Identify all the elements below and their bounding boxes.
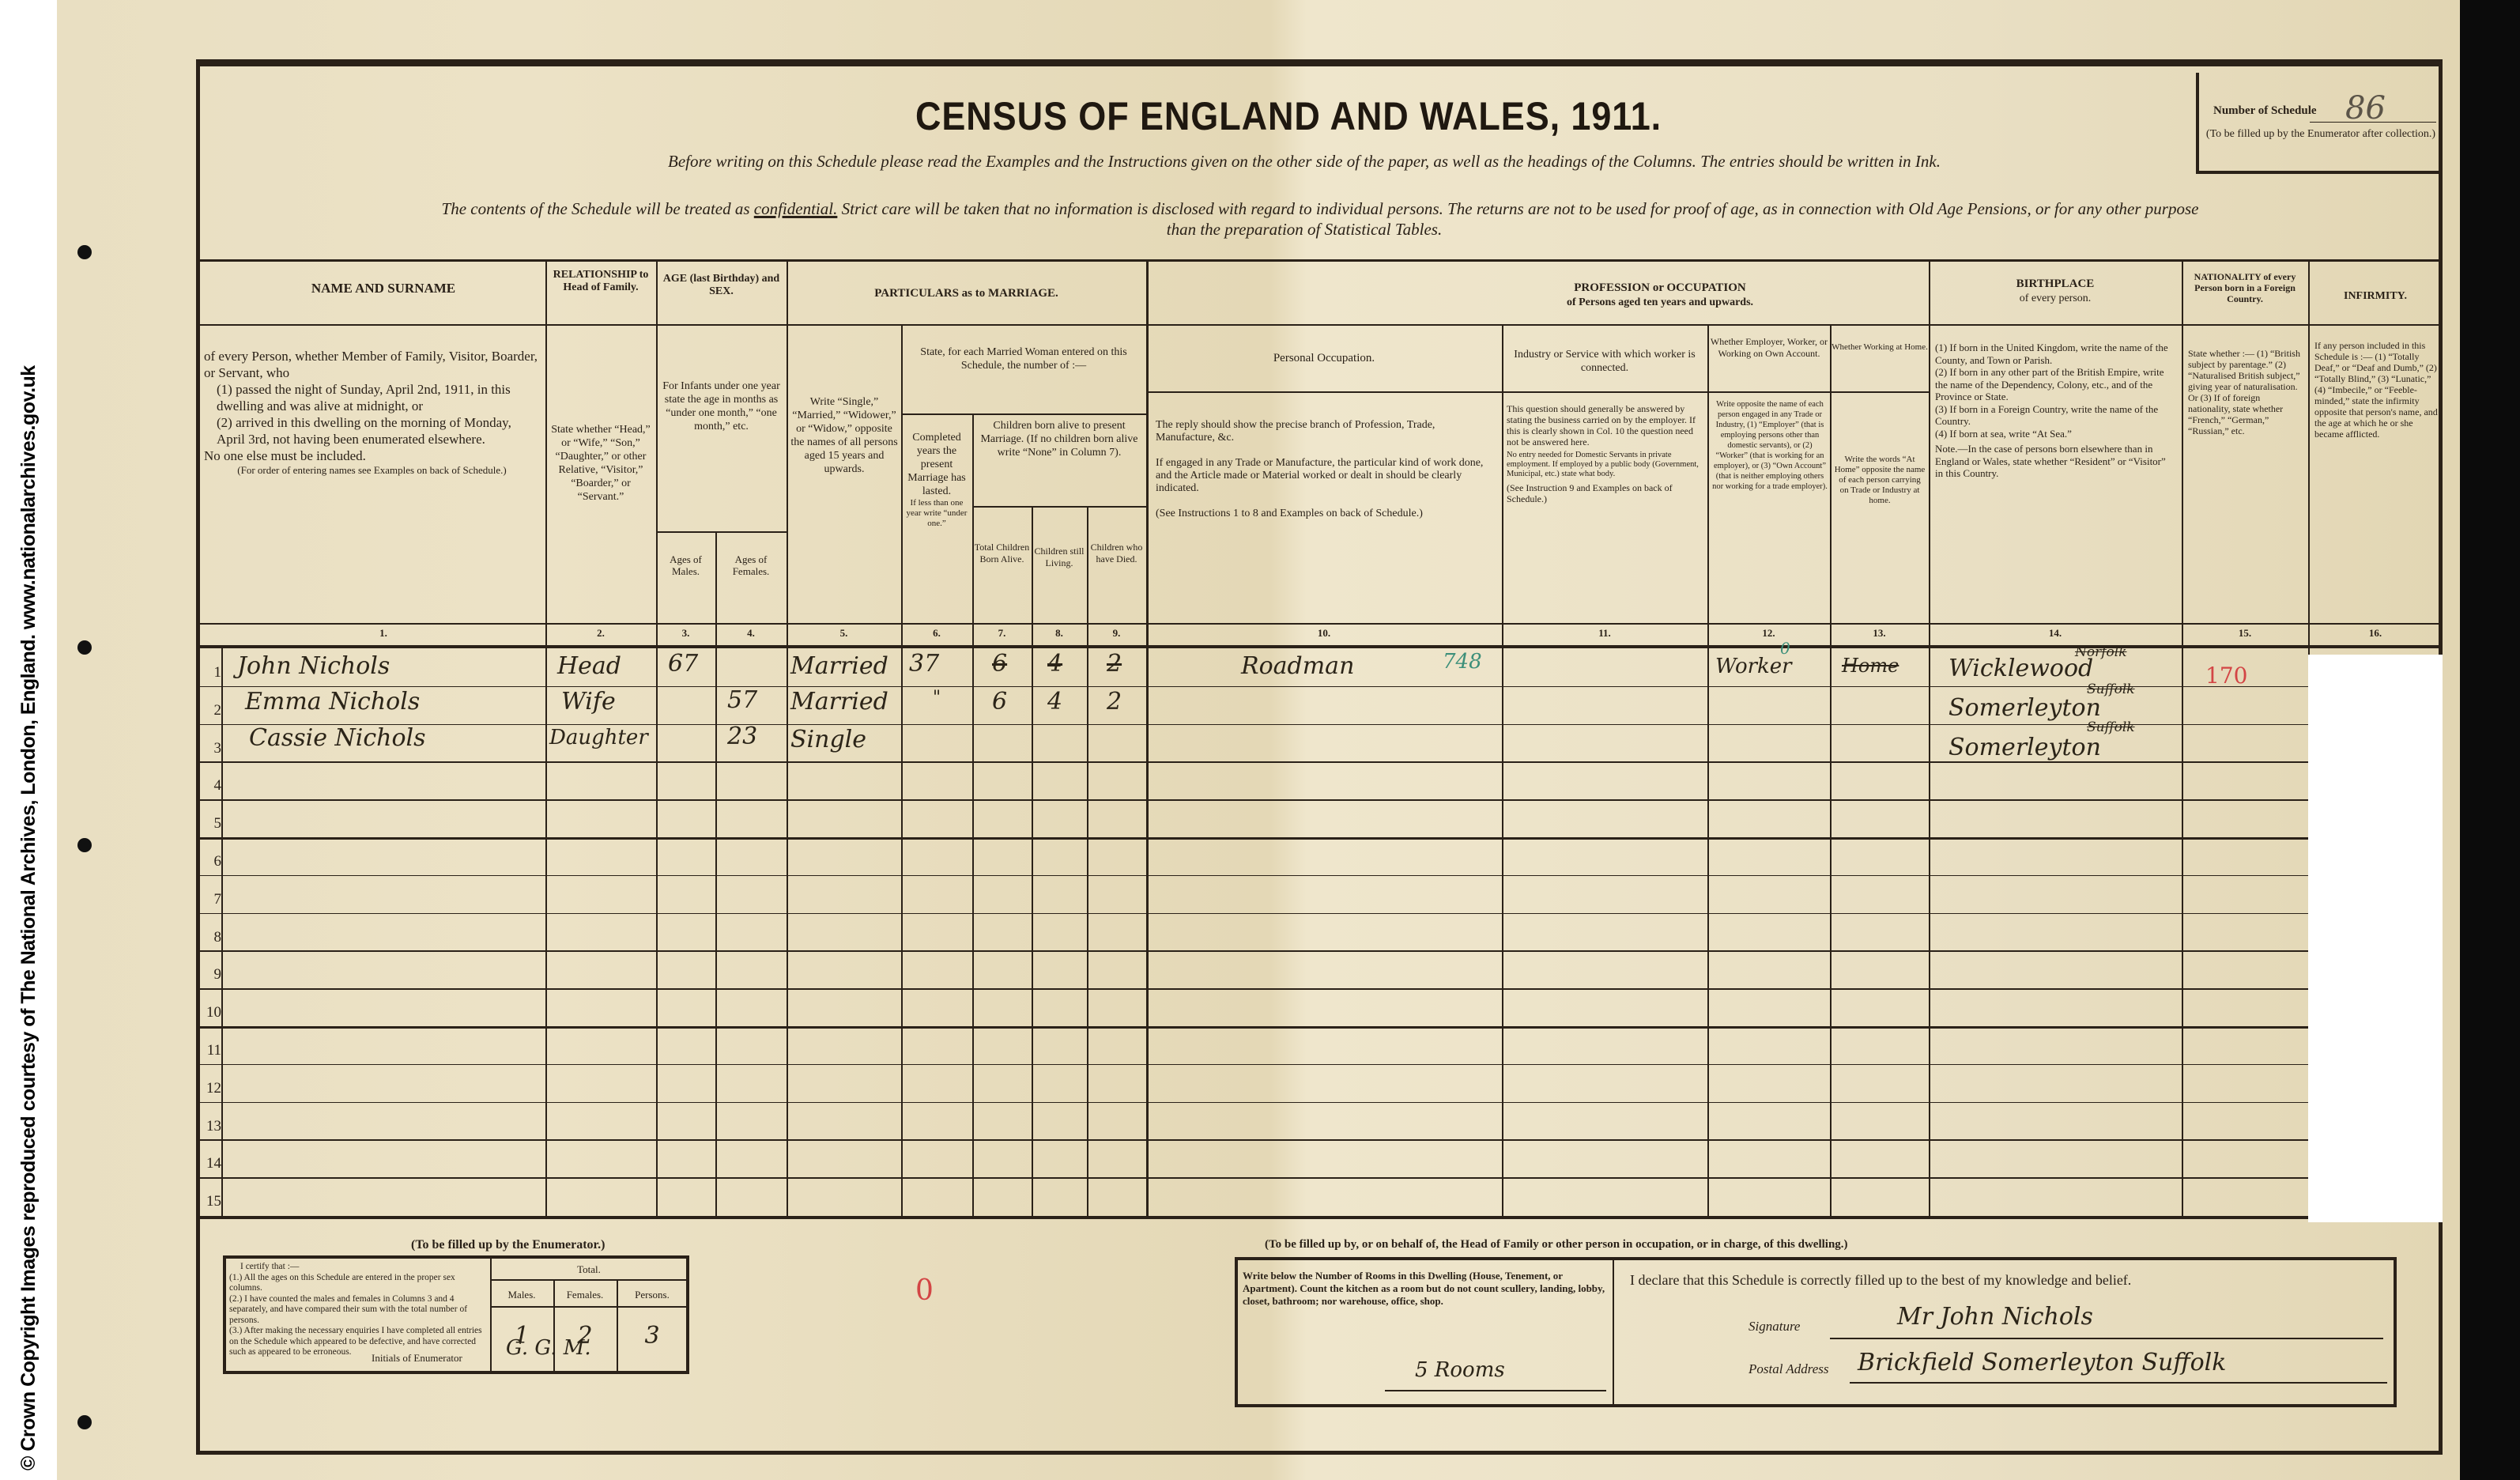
col-employer-title: Whether Employer, Worker, or Working on …: [1709, 336, 1829, 360]
total-persons[interactable]: 3: [617, 1322, 688, 1350]
row-3-birthplace[interactable]: Somerleyton: [1948, 734, 2101, 761]
col-personal-occupation-title: Personal Occupation.: [1146, 352, 1502, 365]
col-years-married-label: Completed years the present Marriage has…: [903, 431, 971, 529]
postal-address-label: Postal Address: [1749, 1363, 1829, 1375]
postal-address[interactable]: Brickfield Somerleyton Suffolk: [1858, 1349, 2226, 1376]
col-children-total-label: Total Children Born Alive.: [972, 542, 1032, 565]
red-check-mark: 0: [915, 1274, 934, 1307]
row-2-children-died[interactable]: 2: [1107, 688, 1122, 715]
row-1-children-died[interactable]: 2: [1107, 650, 1122, 678]
enumerator-heading: (To be filled up by the Enumerator.): [411, 1238, 605, 1252]
row-1-relationship[interactable]: Head: [557, 652, 621, 680]
row-1-name[interactable]: John Nichols: [237, 652, 390, 680]
page-title: CENSUS OF ENGLAND AND WALES, 1911.: [911, 93, 1666, 139]
row-2-children-total[interactable]: 6: [992, 688, 1007, 715]
copyright-text: © Crown Copyright Images reproduced cour…: [17, 365, 40, 1471]
row-3-birthplace-county: Suffolk: [2087, 719, 2135, 735]
row-number: 14: [198, 1155, 221, 1172]
rooms-count[interactable]: 5 Rooms: [1415, 1358, 1505, 1382]
row-number: 9: [198, 966, 221, 984]
persons-label: Persons.: [617, 1289, 688, 1301]
schedule-number-label: Number of Schedule: [2213, 104, 2317, 118]
row-1-occupation-code: 748: [1443, 650, 1482, 674]
col-children-died-label: Children who have Died.: [1087, 542, 1146, 565]
total-males[interactable]: 1: [490, 1322, 553, 1350]
row-3-name[interactable]: Cassie Nichols: [249, 724, 426, 752]
row-2-years-married[interactable]: ": [933, 688, 941, 708]
row-number: 10: [198, 1004, 221, 1021]
instruction-ink: Before writing on this Schedule please r…: [474, 152, 2134, 172]
col-marriage-title: PARTICULARS as to MARRIAGE.: [787, 286, 1146, 301]
punch-hole: [77, 640, 92, 655]
col-age-females-label: Ages of Females.: [715, 553, 787, 577]
col-nationality-title: NATIONALITY of every Person born in a Fo…: [2183, 271, 2307, 304]
row-number: 3: [198, 740, 221, 757]
col-relationship-instructions: State whether “Head,” or “Wife,” “Son,” …: [549, 423, 653, 504]
row-number: 4: [198, 777, 221, 795]
row-number: 5: [198, 815, 221, 832]
females-label: Females.: [553, 1289, 617, 1301]
row-1-employment-code: 0: [1780, 639, 1790, 658]
row-number: 15: [198, 1193, 221, 1210]
row-1-age-male[interactable]: 67: [668, 650, 698, 678]
row-number: 1: [198, 664, 221, 681]
row-2-birthplace[interactable]: Somerleyton: [1948, 694, 2101, 722]
col-infirmity-title: INFIRMITY.: [2310, 289, 2441, 304]
row-number: 11: [198, 1042, 221, 1059]
row-number: 2: [198, 702, 221, 719]
head-section-heading: (To be filled up by, or on behalf of, th…: [1265, 1238, 1848, 1252]
row-1-birthplace[interactable]: Wicklewood: [1948, 655, 2093, 682]
row-1-nationality-code: 170: [2205, 663, 2247, 689]
col-name-instructions: of every Person, whether Member of Famil…: [204, 348, 540, 476]
col-married-woman-instructions: State, for each Married Woman entered on…: [903, 345, 1145, 372]
col-at-home-instructions: Write the words “At Home” opposite the n…: [1834, 455, 1926, 506]
row-2-birthplace-county: Suffolk: [2087, 681, 2135, 697]
col-birthplace-title: BIRTHPLACE: [1929, 277, 2182, 292]
row-1-at-home[interactable]: Home: [1842, 655, 1899, 677]
punch-hole: [77, 1415, 92, 1429]
row-2-marital[interactable]: Married: [790, 688, 888, 715]
schedule-number-note: (To be filled up by the Enumerator after…: [2204, 128, 2438, 141]
punch-hole: [77, 245, 92, 259]
col-employer-instructions: Write opposite the name of each person e…: [1711, 399, 1829, 492]
declaration-text: I declare that this Schedule is correctl…: [1630, 1274, 2131, 1286]
col-relationship-title: RELATIONSHIP to Head of Family.: [545, 269, 656, 294]
schedule-number-box: Number of Schedule 86 (To be filled up b…: [2196, 73, 2441, 174]
col-at-home-title: Whether Working at Home.: [1832, 342, 1928, 353]
instruction-confidential: The contents of the Schedule will be tre…: [213, 199, 2427, 219]
initials-label: Initials of Enumerator: [372, 1352, 462, 1364]
punch-hole: [77, 838, 92, 852]
row-1-employment[interactable]: Worker: [1715, 655, 1792, 678]
col-age-title: AGE (last Birthday) and SEX.: [656, 273, 787, 298]
row-3-relationship[interactable]: Daughter: [549, 726, 648, 749]
row-1-marital[interactable]: Married: [790, 652, 888, 680]
col-birthplace-subtitle: of every person.: [1929, 293, 2182, 304]
redacted-infirmity-area: [2308, 655, 2443, 1222]
col-industry-title: Industry or Service with which worker is…: [1503, 348, 1706, 375]
col-personal-occupation-instructions: The reply should show the precise branch…: [1156, 419, 1496, 520]
col-birthplace-instructions: (1) If born in the United Kingdom, write…: [1935, 342, 2176, 480]
row-number: 8: [198, 929, 221, 946]
males-label: Males.: [490, 1289, 553, 1301]
row-2-age-female[interactable]: 57: [727, 686, 757, 714]
row-2-children-living[interactable]: 4: [1047, 688, 1062, 715]
col-children-living-label: Children still Living.: [1032, 546, 1087, 569]
confidential-word: confidential.: [754, 199, 838, 218]
signature[interactable]: Mr John Nichols: [1897, 1303, 2093, 1331]
col-children-instructions: Children born alive to present Marriage.…: [974, 419, 1145, 459]
enumerator-certification: I certify that :— (1.) All the ages on t…: [229, 1262, 482, 1358]
row-1-children-living[interactable]: 4: [1047, 650, 1062, 678]
row-1-children-total[interactable]: 6: [992, 650, 1007, 678]
row-1-birthplace-county: Norfolk: [2075, 644, 2127, 660]
copyright-strip: © Crown Copyright Images reproduced cour…: [0, 0, 57, 1480]
col-infirmity-instructions: If any person included in this Schedule …: [2314, 340, 2438, 440]
row-number: 7: [198, 891, 221, 908]
col-age-males-label: Ages of Males.: [656, 553, 715, 577]
total-label: Total.: [490, 1263, 688, 1275]
col-name-title: NAME AND SURNAME: [221, 281, 545, 296]
row-number: 6: [198, 853, 221, 870]
total-females[interactable]: 2: [553, 1322, 617, 1350]
row-2-name[interactable]: Emma Nichols: [245, 688, 420, 715]
col-nationality-instructions: State whether :— (1) “British subject by…: [2188, 348, 2303, 436]
row-3-age-female[interactable]: 23: [727, 723, 757, 750]
col-marital-instructions: Write “Single,” “Married,” “Widower,” or…: [789, 395, 900, 476]
schedule-number-value[interactable]: 86: [2345, 90, 2386, 126]
instruction-statistical: than the preparation of Statistical Tabl…: [949, 220, 1660, 240]
signature-label: Signature: [1749, 1320, 1800, 1332]
row-1-occupation[interactable]: Roadman: [1241, 652, 1354, 680]
col-age-instructions: For Infants under one year state the age…: [656, 379, 787, 433]
rooms-instructions: Write below the Number of Rooms in this …: [1243, 1270, 1606, 1308]
row-2-relationship[interactable]: Wife: [561, 688, 616, 715]
row-1-years-married[interactable]: 37: [909, 650, 939, 678]
row-number: 13: [198, 1118, 221, 1135]
row-number: 12: [198, 1080, 221, 1097]
row-3-marital[interactable]: Single: [790, 726, 866, 753]
col-industry-instructions: This question should generally be answer…: [1507, 403, 1704, 504]
